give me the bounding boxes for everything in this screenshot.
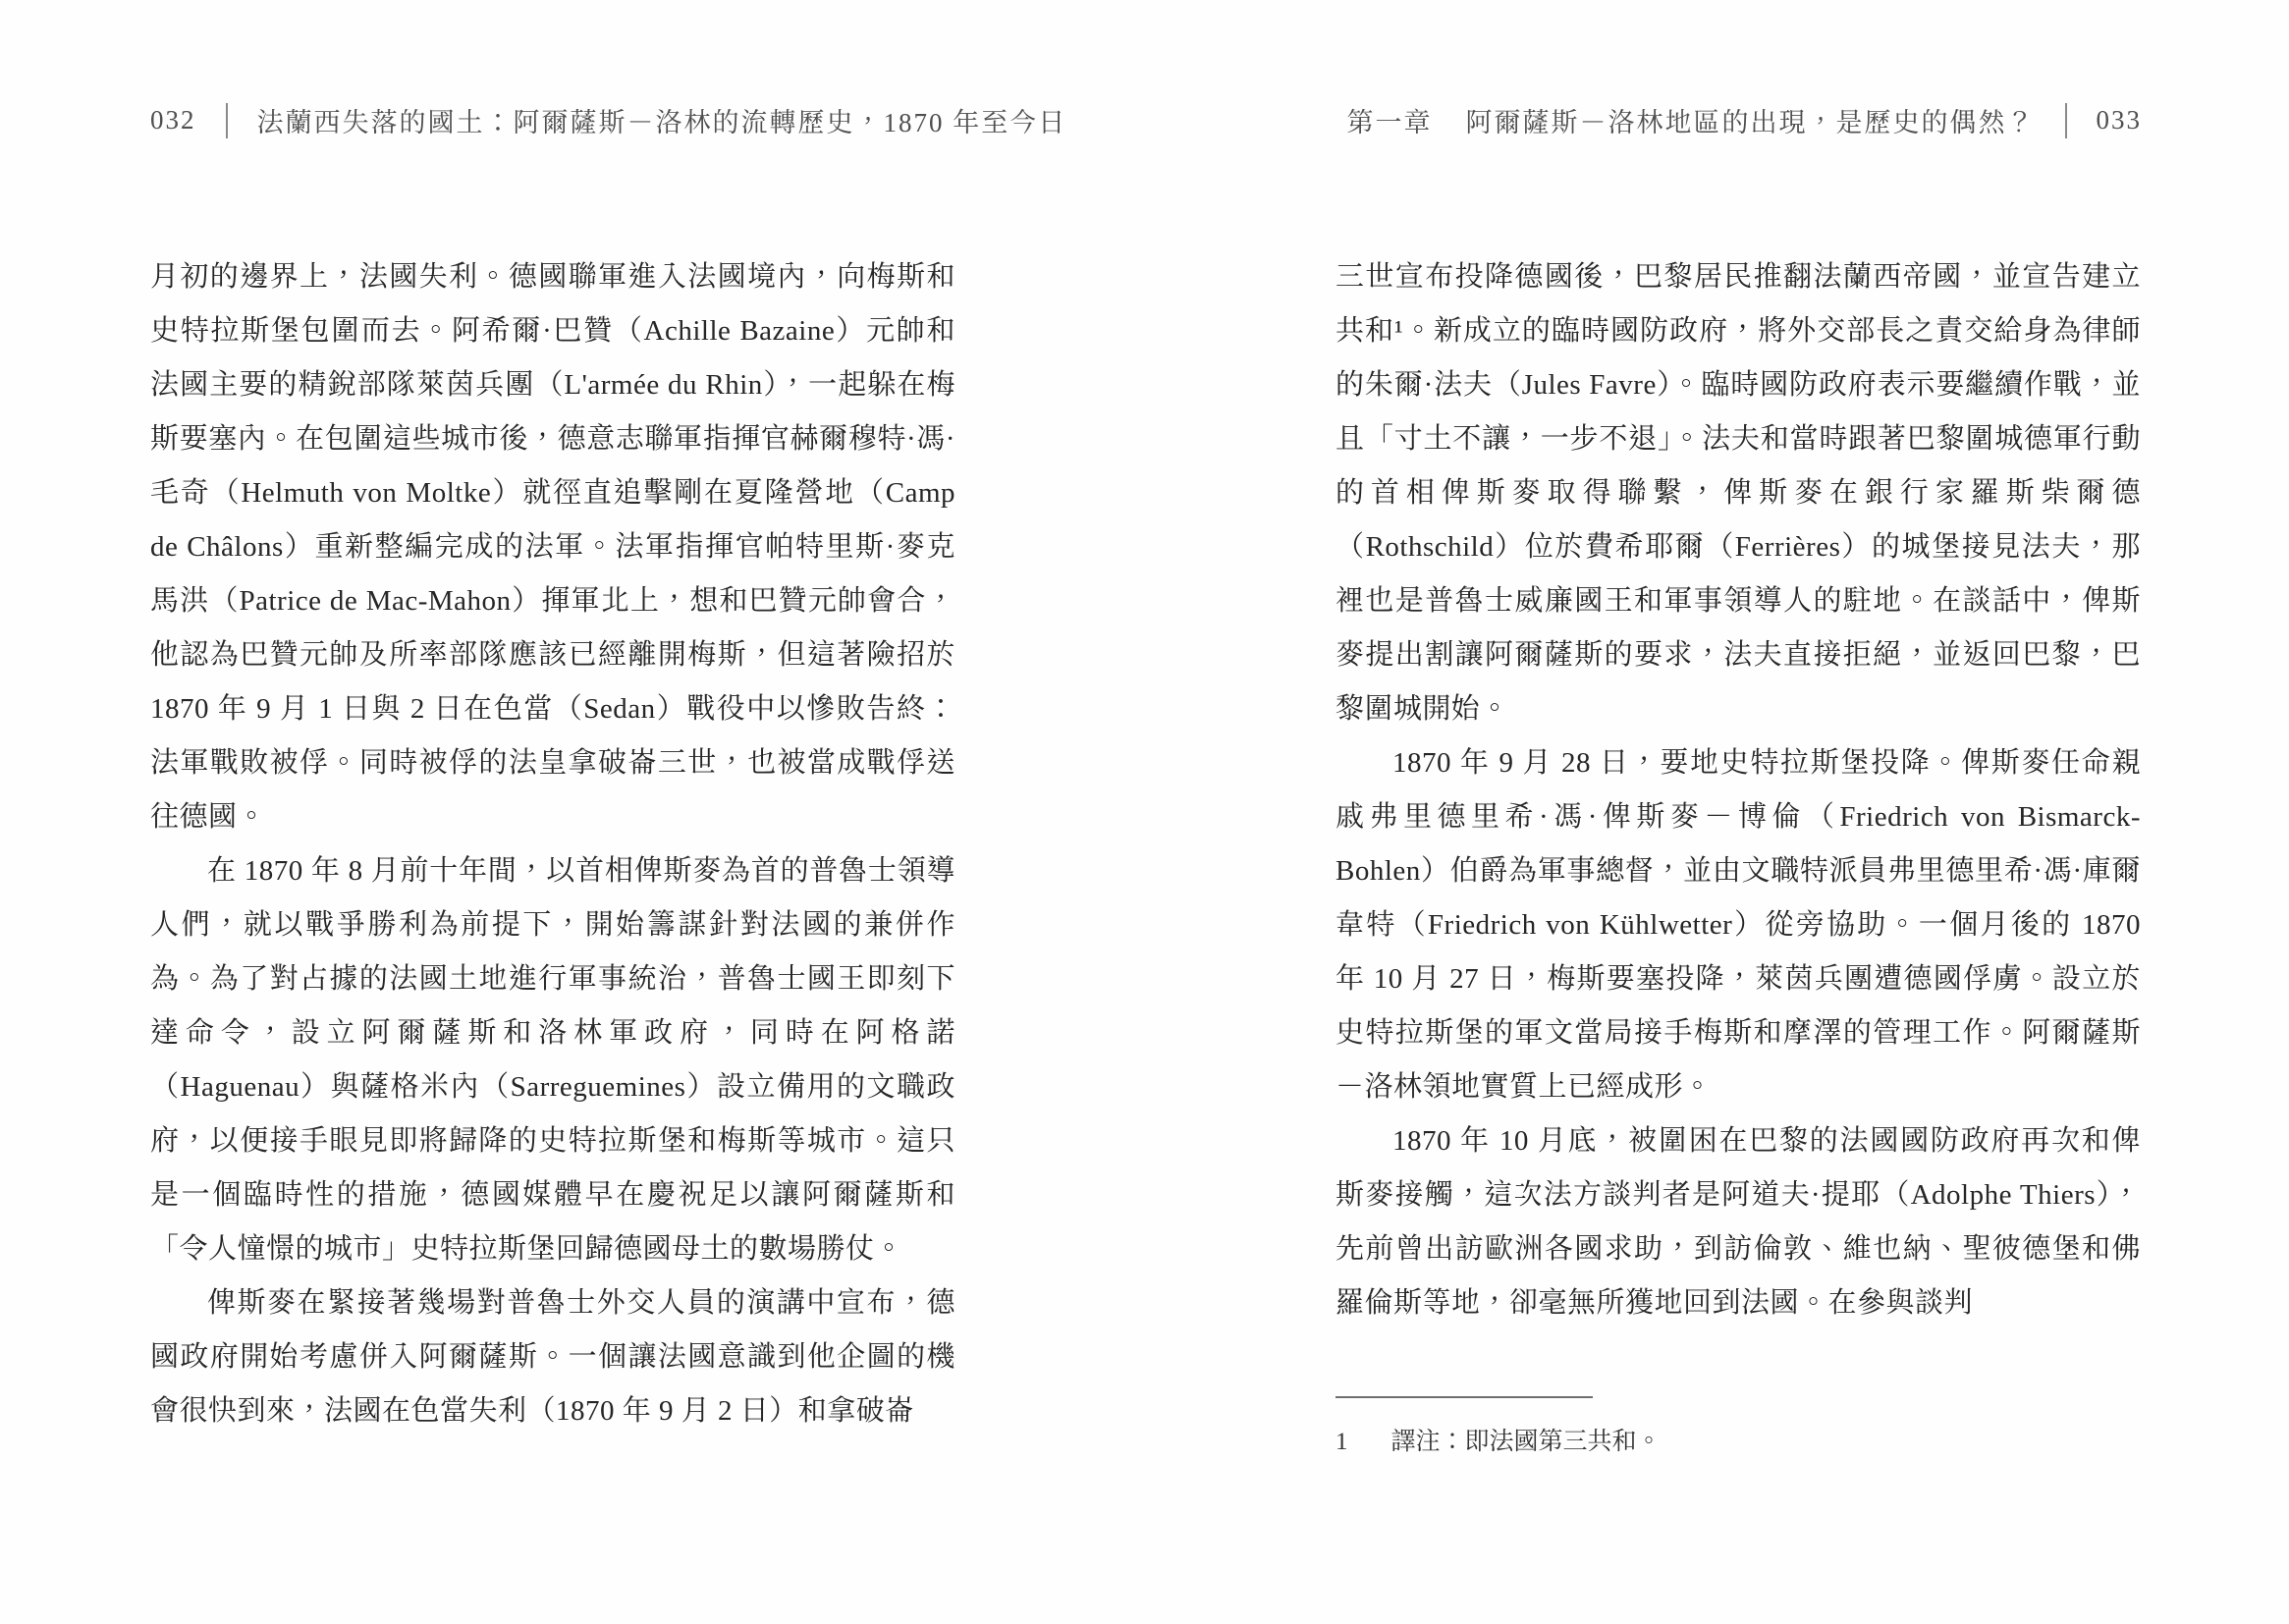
right-header-title: 阿爾薩斯－洛林地區的出現，是歷史的偶然？ [1466, 101, 2036, 139]
paragraph: 1870 年 9 月 28 日，要地史特拉斯堡投降。俾斯麥任命親戚弗里德里希·馮… [1335, 736, 2141, 1114]
footnote-area: 1 譯注：即法國第三共和。 [1335, 1396, 2141, 1461]
right-page-body: 三世宣布投降德國後，巴黎居民推翻法蘭西帝國，並宣告建立共和¹。新成立的臨時國防政… [1335, 250, 2141, 1330]
paragraph: 月初的邊界上，法國失利。德國聯軍進入法國境內，向梅斯和史特拉斯堡包圍而去。阿希爾… [150, 250, 955, 844]
paragraph: 在 1870 年 8 月前十年間，以首相俾斯麥為首的普魯士領導人們，就以戰爭勝利… [150, 844, 955, 1276]
footnote-separator [1335, 1396, 1593, 1398]
chapter-label: 第一章 [1347, 101, 1433, 139]
paragraph: 俾斯麥在緊接著幾場對普魯士外交人員的演講中宣布，德國政府開始考慮併入阿爾薩斯。一… [150, 1276, 955, 1438]
header-divider [2065, 103, 2067, 138]
right-page-number: 033 [2097, 105, 2143, 135]
left-page-number: 032 [150, 105, 196, 135]
paragraph: 三世宣布投降德國後，巴黎居民推翻法蘭西帝國，並宣告建立共和¹。新成立的臨時國防政… [1335, 250, 2141, 736]
left-page-body: 月初的邊界上，法國失利。德國聯軍進入法國境內，向梅斯和史特拉斯堡包圍而去。阿希爾… [150, 250, 955, 1438]
footnote: 1 譯注：即法國第三共和。 [1335, 1424, 2141, 1461]
header-divider [226, 103, 228, 138]
footnote-marker: 1 [1335, 1424, 1348, 1461]
left-running-head: 032 法蘭西失落的國土：阿爾薩斯－洛林的流轉歷史，1870 年至今日 [150, 101, 1066, 139]
footnote-text: 譯注：即法國第三共和。 [1391, 1424, 1662, 1461]
left-header-title: 法蘭西失落的國土：阿爾薩斯－洛林的流轉歷史，1870 年至今日 [257, 101, 1067, 139]
book-spread: 032 法蘭西失落的國土：阿爾薩斯－洛林的流轉歷史，1870 年至今日 月初的邊… [0, 0, 2289, 1624]
paragraph: 1870 年 10 月底，被圍困在巴黎的法國國防政府再次和俾斯麥接觸，這次法方談… [1335, 1114, 2141, 1330]
right-running-head: 第一章 阿爾薩斯－洛林地區的出現，是歷史的偶然？ 033 [1347, 101, 2143, 139]
